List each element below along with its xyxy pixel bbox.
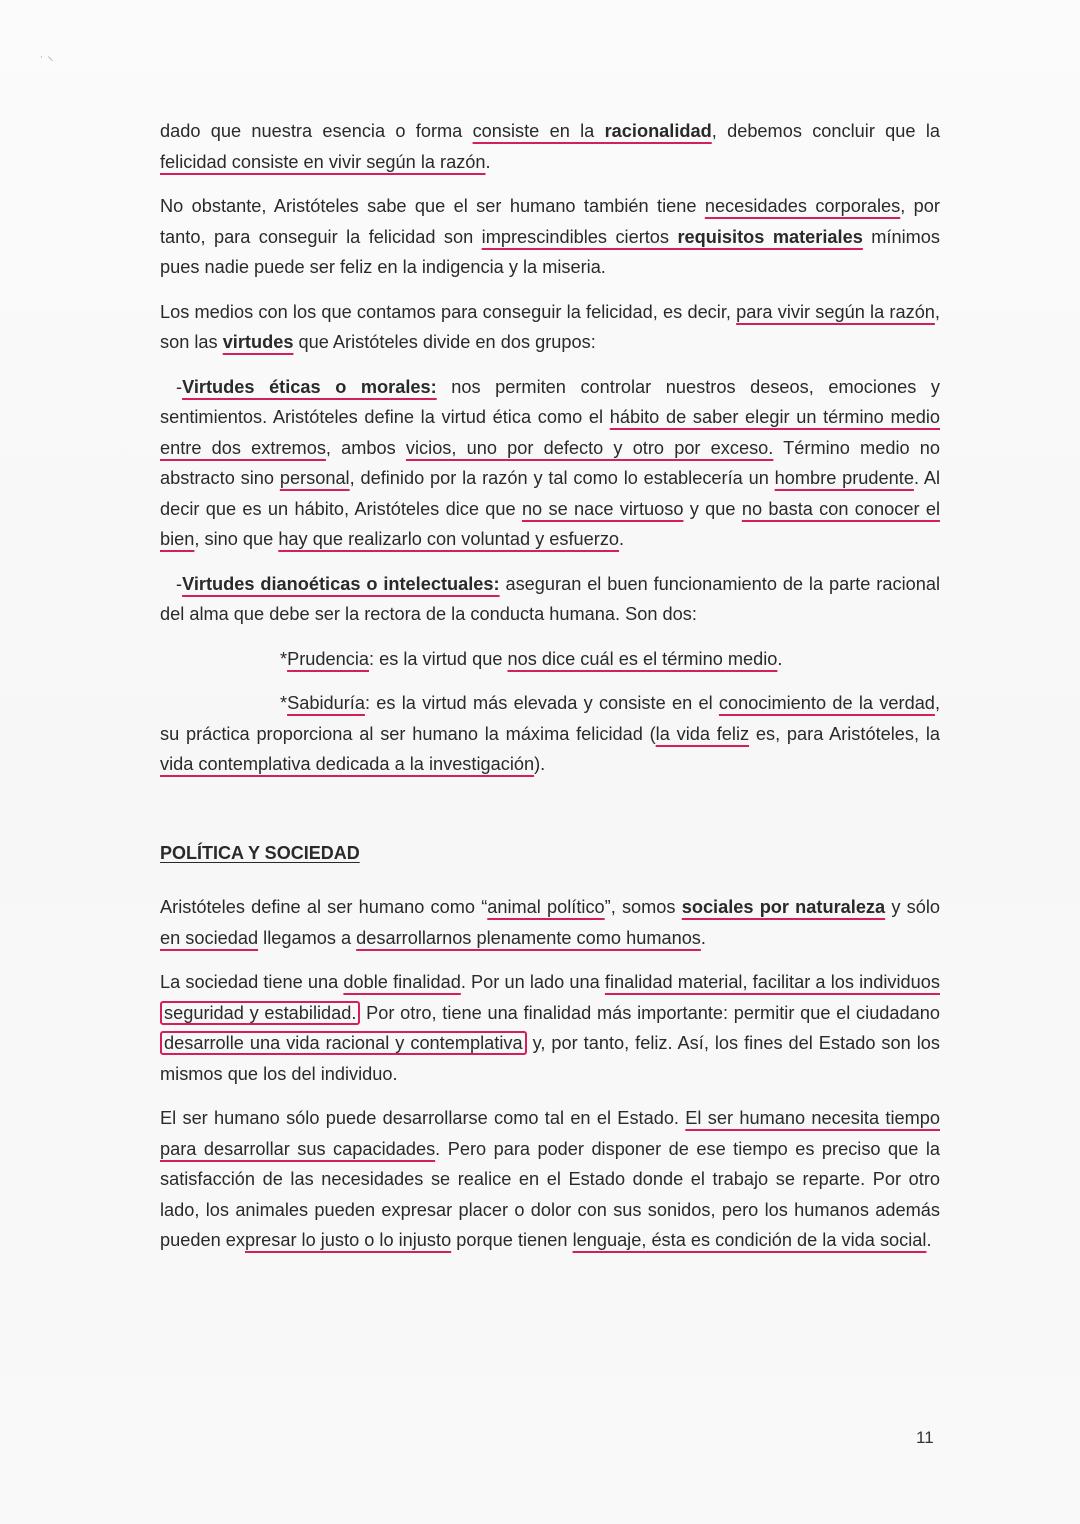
underlined-text: necesidades corporales xyxy=(705,196,900,216)
paragraph: La sociedad tiene una doble finalidad. P… xyxy=(160,967,940,1089)
paragraph: No obstante, Aristóteles sabe que el ser… xyxy=(160,191,940,283)
underlined-text: Virtudes dianoéticas o intelectuales: xyxy=(182,574,500,594)
underlined-text: consiste en la xyxy=(473,121,605,141)
text-segment: . xyxy=(926,1230,931,1250)
underlined-text: para vivir según la razón xyxy=(736,302,935,322)
underlined-text: Virtudes éticas o morales: xyxy=(182,377,437,397)
underlined-text: nos dice cuál es el término medio xyxy=(508,649,778,669)
underlined-text: hay que realizarlo con voluntad y esfuer… xyxy=(278,529,619,549)
text-segment: , sino que xyxy=(194,529,278,549)
paragraph: Los medios con los que contamos para con… xyxy=(160,297,940,358)
boxed-text: desarrolle una vida racional y contempla… xyxy=(160,1031,527,1055)
politics-section: Aristóteles define al ser humano como “a… xyxy=(160,892,940,1256)
paragraph: -Virtudes dianoéticas o intelectuales: a… xyxy=(160,569,940,630)
text-segment: ”, somos xyxy=(605,897,682,917)
underlined-text: imprescindibles ciertos xyxy=(482,227,678,247)
underlined-text: requisitos materiales xyxy=(677,227,862,247)
page-content: dado que nuestra esencia o forma consist… xyxy=(160,116,940,1270)
text-segment: Por otro, tiene una finalidad más import… xyxy=(360,1003,940,1023)
underlined-text: presar lo justo o lo injusto xyxy=(245,1230,451,1250)
text-segment: La sociedad tiene una xyxy=(160,972,343,992)
text-segment: : es la virtud más elevada y consiste en… xyxy=(365,693,719,713)
text-segment: es, para Aristóteles, la xyxy=(749,724,940,744)
text-segment: y sólo xyxy=(885,897,940,917)
text-segment: . xyxy=(486,152,491,172)
underlined-text: felicidad consiste en vivir según la raz… xyxy=(160,152,486,172)
text-segment: El ser humano sólo puede desarrollarse c… xyxy=(160,1108,685,1128)
underlined-text: en sociedad xyxy=(160,928,258,948)
underlined-text: vida contemplativa dedicada a la investi… xyxy=(160,754,534,774)
text-segment: , ambos xyxy=(326,438,406,458)
underlined-text: virtudes xyxy=(223,332,294,352)
boxed-text: seguridad y estabilidad. xyxy=(160,1001,360,1025)
paragraph: dado que nuestra esencia o forma consist… xyxy=(160,116,940,177)
text-segment: que Aristóteles divide en dos grupos: xyxy=(293,332,595,352)
text-segment: . xyxy=(777,649,782,669)
underlined-text: racionalidad xyxy=(605,121,712,141)
text-segment: : es la virtud que xyxy=(369,649,508,669)
text-segment: Aristóteles define al ser humano como “ xyxy=(160,897,487,917)
underlined-text: vicios, uno por defecto y otro por exces… xyxy=(406,438,773,458)
underlined-text: la vida feliz xyxy=(656,724,749,744)
text-segment: Los medios con los que contamos para con… xyxy=(160,302,736,322)
paragraph: *Sabiduría: es la virtud más elevada y c… xyxy=(160,688,940,780)
text-segment: . Por un lado una xyxy=(461,972,605,992)
underlined-text: personal xyxy=(280,468,350,488)
underlined-text: animal político xyxy=(487,897,604,917)
paragraph: Aristóteles define al ser humano como “a… xyxy=(160,892,940,953)
underlined-text: finalidad material, facilitar a los indi… xyxy=(605,972,940,992)
scan-speck: ˙ ⸌ xyxy=(40,52,53,69)
text-segment: No obstante, Aristóteles sabe que el ser… xyxy=(160,196,705,216)
underlined-text: doble finalidad xyxy=(343,972,460,992)
text-segment: , debemos concluir que la xyxy=(712,121,940,141)
page-number: 11 xyxy=(916,1428,934,1448)
underlined-text: Sabiduría xyxy=(287,693,365,713)
section-heading: POLÍTICA Y SOCIEDAD xyxy=(160,838,940,869)
underlined-text: desarrollarnos plenamente como humanos xyxy=(356,928,701,948)
intro-section: dado que nuestra esencia o forma consist… xyxy=(160,116,940,780)
underlined-text: no se nace virtuoso xyxy=(522,499,684,519)
paragraph: *Prudencia: es la virtud que nos dice cu… xyxy=(160,644,940,675)
paragraph: -Virtudes éticas o morales: nos permiten… xyxy=(160,372,940,555)
text-segment: ). xyxy=(534,754,545,774)
text-segment: llegamos a xyxy=(258,928,356,948)
text-segment: , definido por la razón y tal como lo es… xyxy=(350,468,775,488)
text-segment: dado que nuestra esencia o forma xyxy=(160,121,473,141)
text-segment: porque tienen xyxy=(451,1230,572,1250)
underlined-text: conocimiento de la verdad xyxy=(719,693,935,713)
scanned-page: ˙ ⸌ dado que nuestra esencia o forma con… xyxy=(0,0,1080,1524)
underlined-text: sociales por naturaleza xyxy=(682,897,885,917)
underlined-text: Prudencia xyxy=(287,649,369,669)
text-segment: . xyxy=(619,529,624,549)
underlined-text: hombre prudente xyxy=(775,468,914,488)
paragraph: El ser humano sólo puede desarrollarse c… xyxy=(160,1103,940,1256)
text-segment: . xyxy=(701,928,706,948)
underlined-text: lenguaje, ésta es condición de la vida s… xyxy=(573,1230,927,1250)
text-segment: y que xyxy=(683,499,741,519)
